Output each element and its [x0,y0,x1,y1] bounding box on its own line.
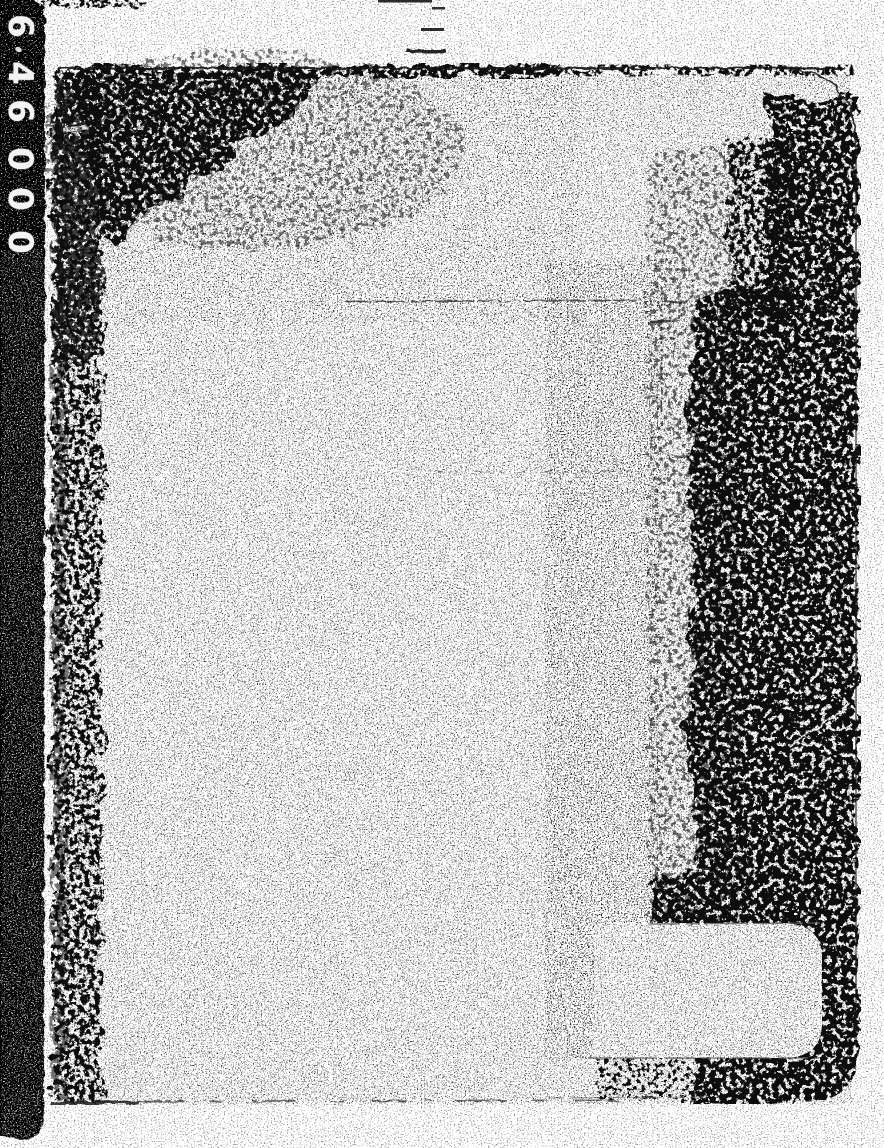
scan-artwork [0,0,884,1148]
spine-strip [0,0,46,1140]
noise-dots-overlay [0,0,884,1148]
scanned-document-page: 6 4 6 0 0 0 [0,0,884,1148]
spine-flecks-2 [2,250,44,1140]
